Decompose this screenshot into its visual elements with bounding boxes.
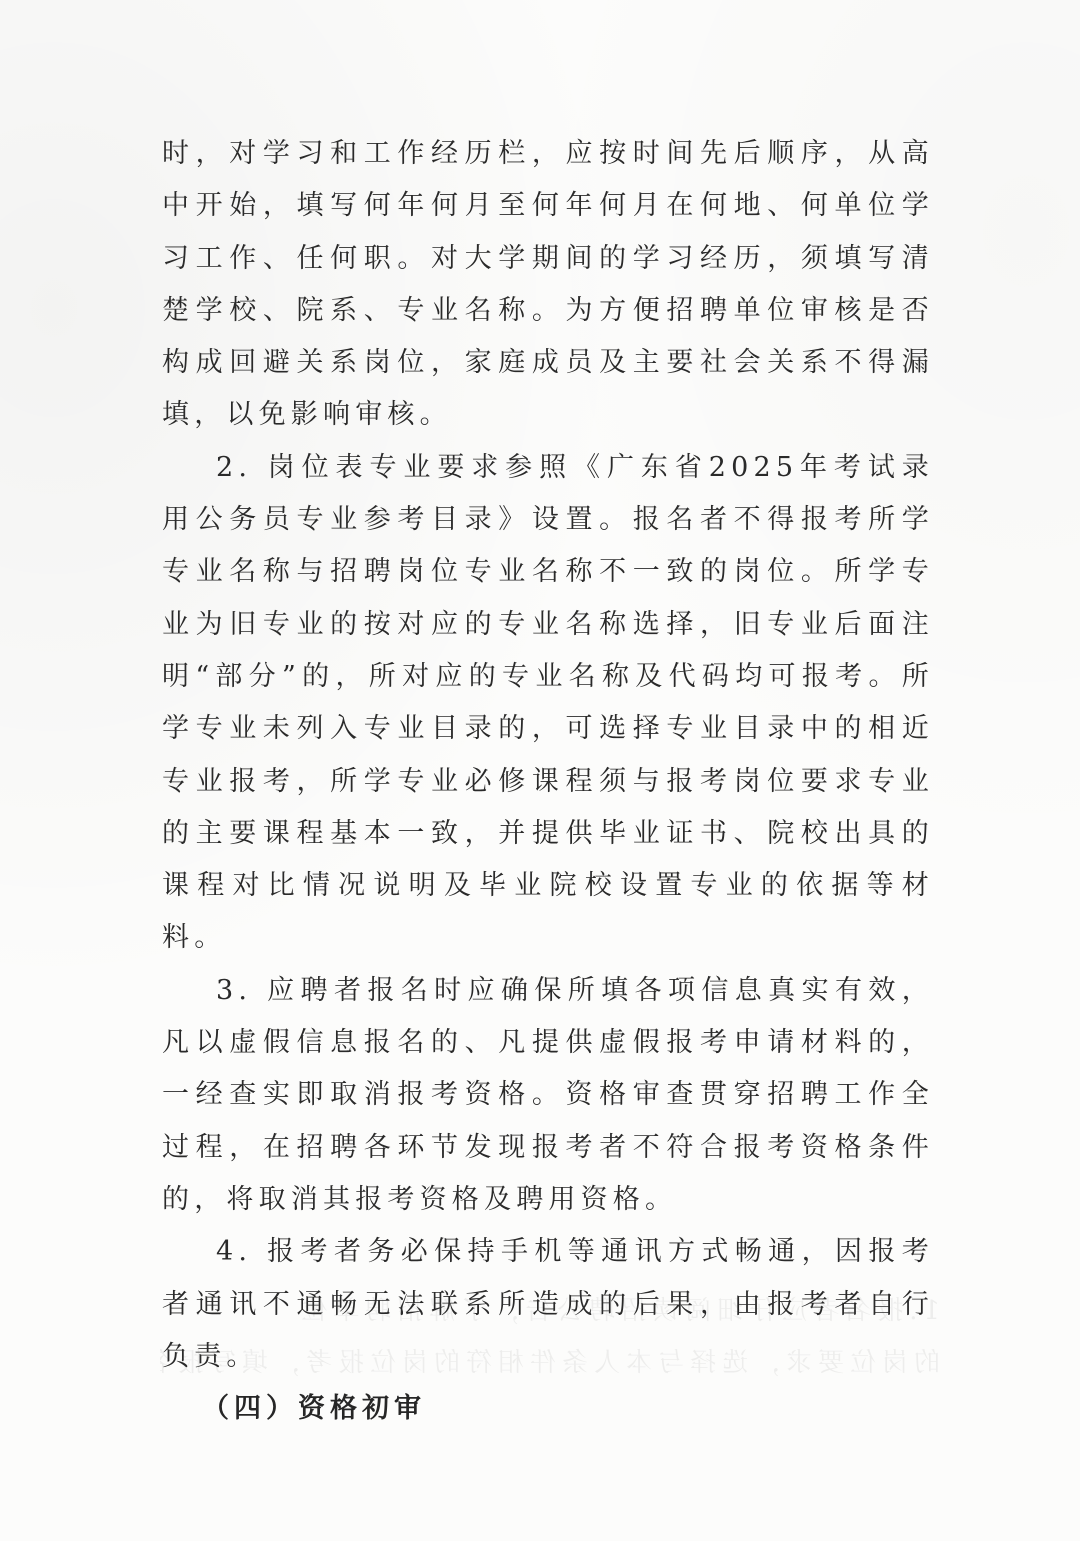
- section-heading-preliminary-qualification-review: （四）资格初审: [162, 1383, 934, 1435]
- paragraph-item-3-truthful-information: 3. 应聘者报名时应确保所填各项信息真实有效，凡以虚假信息报名的、凡提供虚假报考…: [162, 965, 934, 1226]
- paragraph-continued-resume-instructions: 时，对学习和工作经历栏，应按时间先后顺序，从高中开始，填写何年何月至何年何月在何…: [162, 128, 934, 442]
- scanned-document-page: 1.报名者应仔细阅读招聘公告，了解招聘单位 的岗位要求，选择与本人条件相符的岗位…: [0, 0, 1080, 1541]
- paragraph-item-2-major-requirements: 2. 岗位表专业要求参照《广东省2025年考试录用公务员专业参考目录》设置。报名…: [162, 442, 934, 965]
- document-body: 时，对学习和工作经历栏，应按时间先后顺序，从高中开始，填写何年何月至何年何月在何…: [162, 128, 934, 1435]
- paragraph-item-4-keep-contact: 4. 报考者务必保持手机等通讯方式畅通，因报考者通讯不通畅无法联系所造成的后果，…: [162, 1226, 934, 1383]
